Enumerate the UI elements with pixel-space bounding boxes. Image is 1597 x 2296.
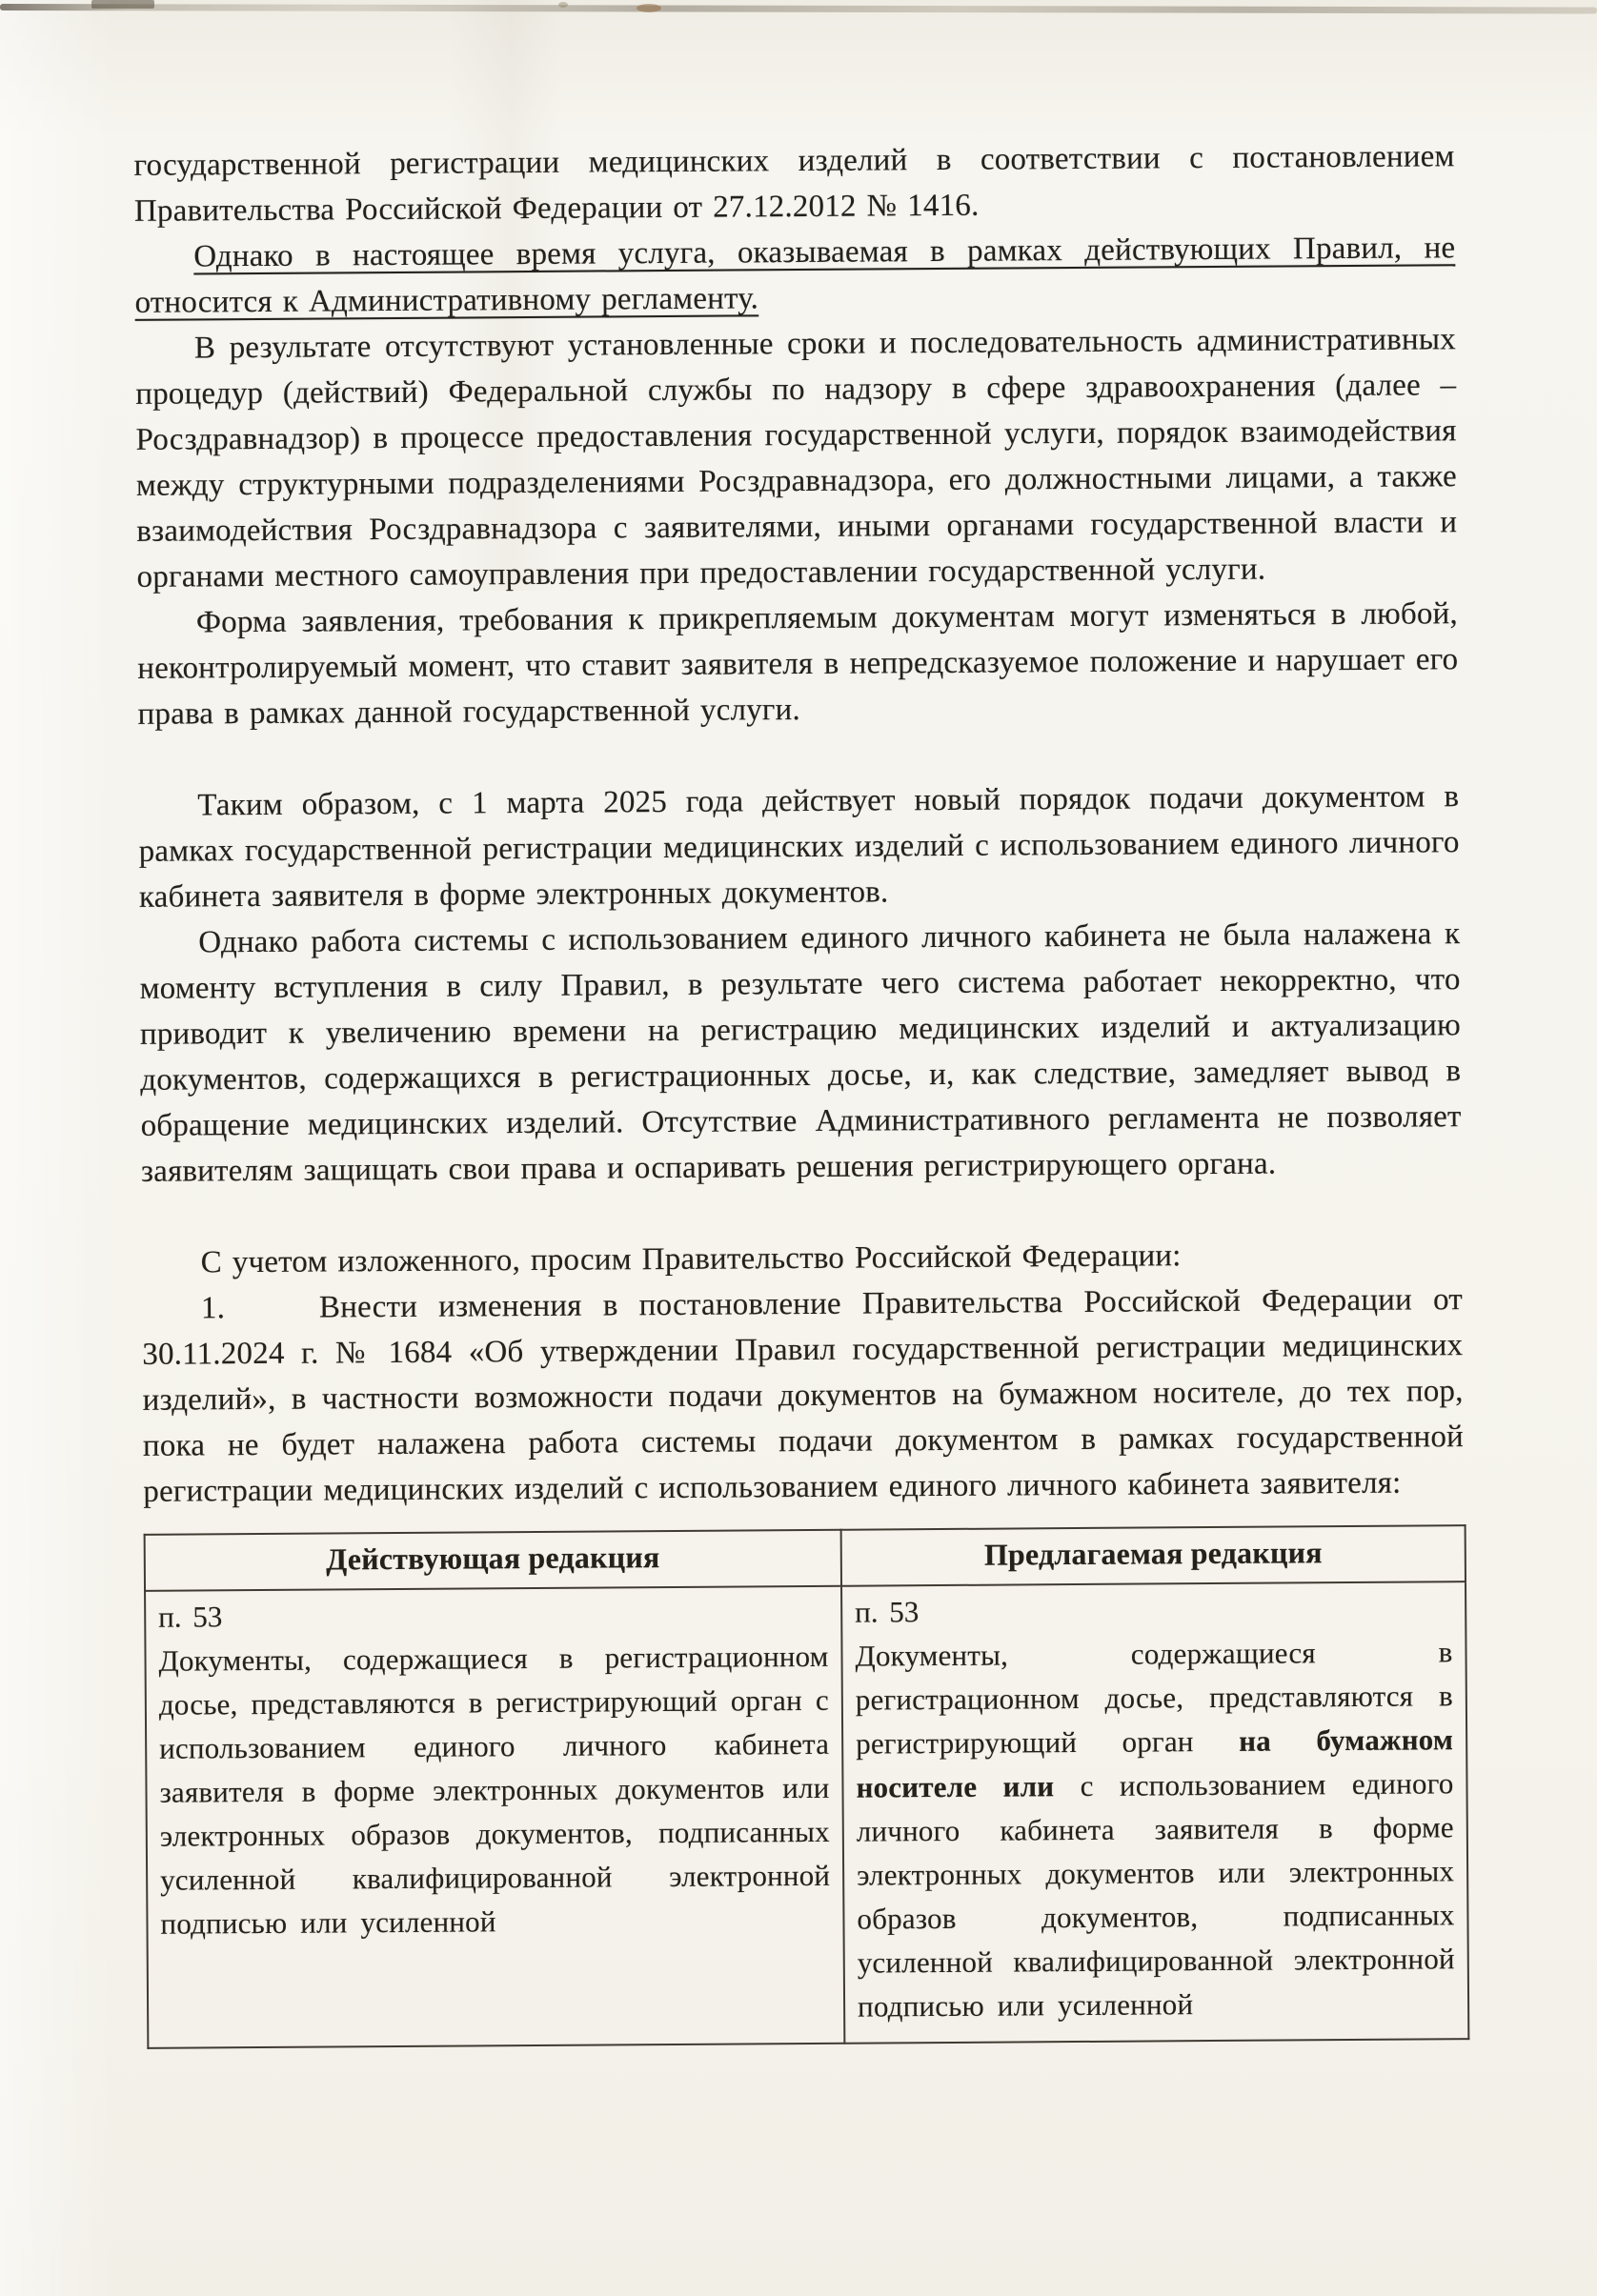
clause-number-current: п. 53: [158, 1591, 828, 1640]
paragraph-missing-procedures: В результате отсутствуют установленные с…: [135, 316, 1458, 600]
paragraph-system-problems: Однако работа системы с использованием е…: [139, 911, 1462, 1195]
clause-number-proposed: п. 53: [855, 1586, 1452, 1634]
scan-speck: [637, 4, 661, 12]
list-item-number: 1.: [201, 1285, 319, 1332]
table-cell-proposed-edition: п. 53 Документы, содержащиеся в регистра…: [841, 1581, 1468, 2044]
scan-top-edge: [0, 4, 1597, 14]
table-body-row: п. 53 Документы, содержащиеся в регистра…: [145, 1581, 1468, 2048]
paragraph-application-form: Форма заявления, требования к прикрепляе…: [137, 591, 1459, 737]
paragraph-underlined-statement: Однако в настоящее время услуга, оказыва…: [134, 225, 1456, 326]
clause-text-proposed-after: с использованием единого личного кабинет…: [857, 1766, 1455, 2023]
clause-text-current: Документы, содержащиеся в регистрационно…: [158, 1635, 830, 1946]
paper-left-shading: [0, 0, 114, 2296]
scan-speck: [558, 2, 568, 8]
paragraph-request-item-1: 1.Внести изменения в постановление Прави…: [142, 1277, 1465, 1515]
list-item-text: Внести изменения в постановление Правите…: [142, 1282, 1464, 1509]
table-header-row: Действующая редакция Предлагаемая редакц…: [145, 1525, 1466, 1591]
comparison-table: Действующая редакция Предлагаемая редакц…: [144, 1524, 1470, 2049]
paragraph-new-order: Таким образом, с 1 марта 2025 года дейст…: [138, 774, 1460, 920]
scanned-page: государственной регистрации медицинских …: [0, 0, 1597, 2296]
table-header-proposed-edition: Предлагаемая редакция: [841, 1525, 1466, 1586]
table-header-current-edition: Действующая редакция: [145, 1530, 841, 1591]
scan-top-edge-dark-segment: [91, 0, 154, 9]
paragraph-continuation: государственной регистрации медицинских …: [133, 133, 1455, 234]
table-cell-current-edition: п. 53 Документы, содержащиеся в регистра…: [145, 1586, 844, 2048]
document-content: государственной регистрации медицинских …: [133, 133, 1467, 2049]
clause-text-proposed: Документы, содержащиеся в регистрационно…: [855, 1630, 1455, 2028]
